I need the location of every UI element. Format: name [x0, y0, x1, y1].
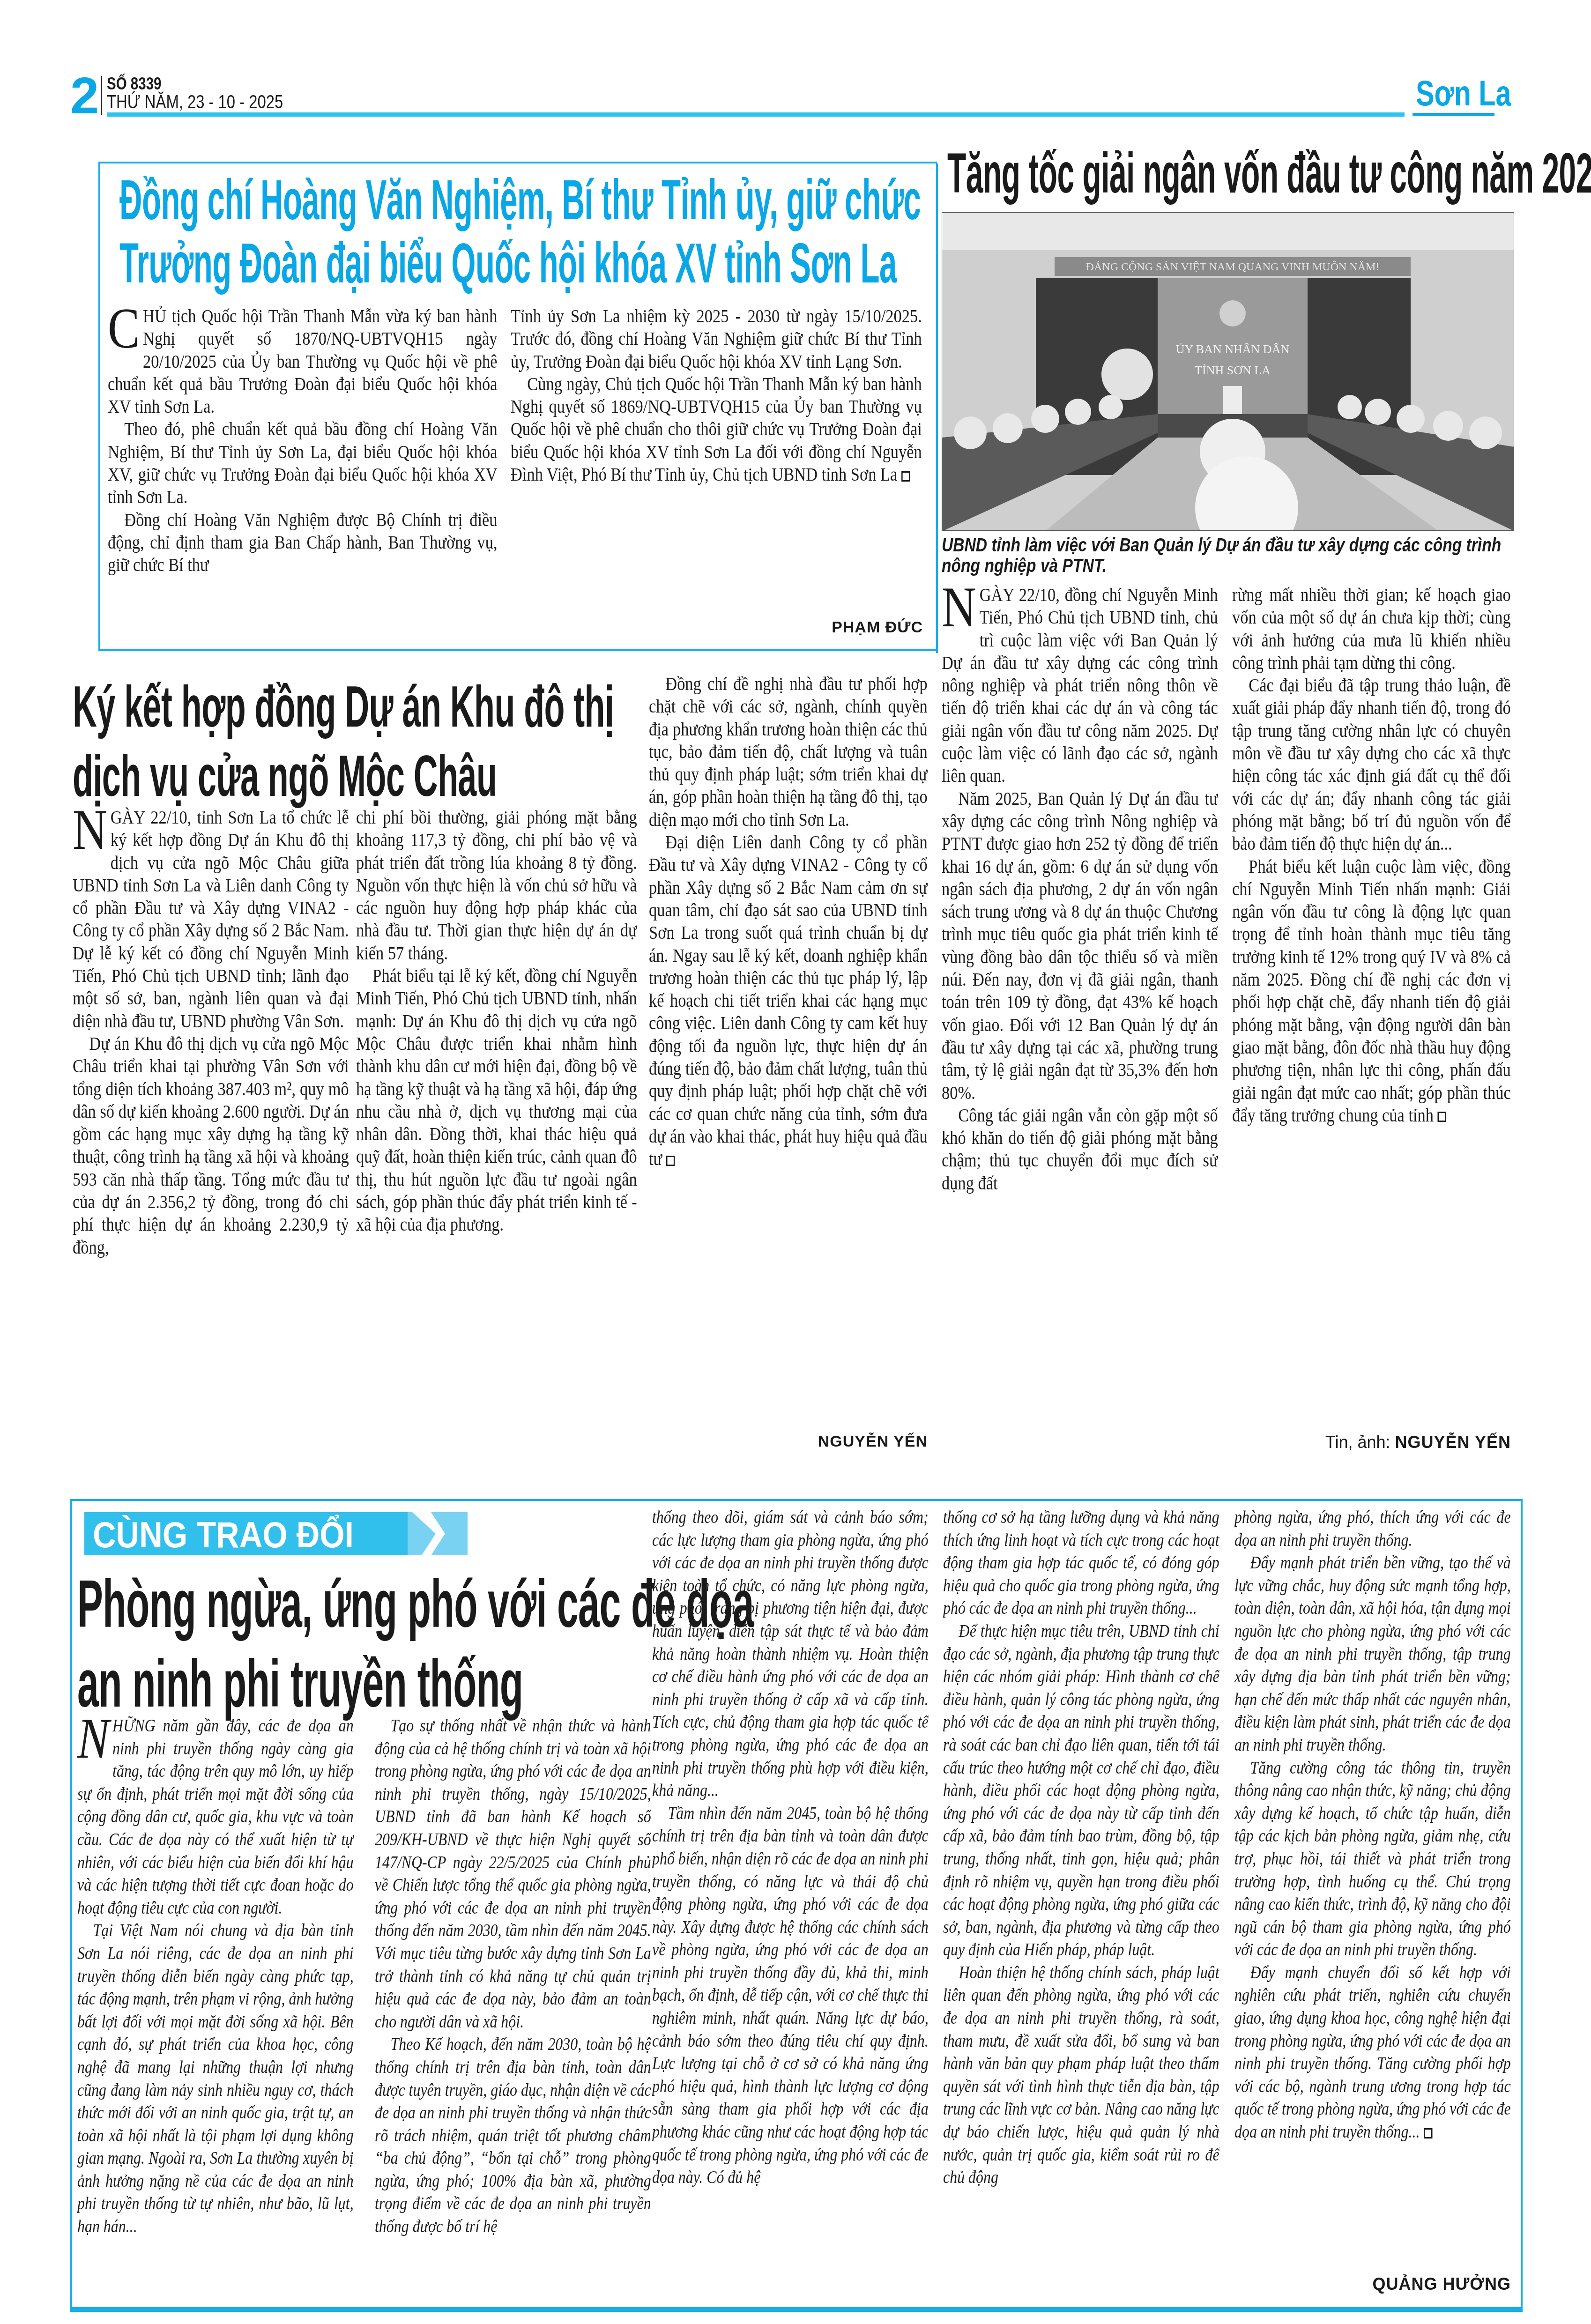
section-underline [1413, 113, 1494, 116]
paragraph: thống theo dõi, giám sát và cảnh báo sớm… [652, 1506, 929, 1802]
paragraph: Dự án Khu đô thị dịch vụ cửa ngõ Mộc Châ… [73, 1032, 349, 1258]
paragraph: Tỉnh ủy Sơn La nhiệm kỳ 2025 - 2030 từ n… [511, 304, 922, 372]
headline-line: dịch vụ cửa ngõ Mộc Châu [73, 742, 614, 811]
section-tag: CÙNG TRAO ĐỔI [84, 1512, 468, 1555]
article2-column-2: rừng mất nhiều thời gian; kế hoạch giao … [1232, 583, 1511, 1426]
paragraph: Tại Việt Nam nói chung và địa bàn tỉnh S… [77, 1919, 354, 2238]
headline-line: Ký kết hợp đồng Dự án Khu đô thị [73, 672, 614, 742]
chevron-right-icon [408, 1512, 468, 1555]
paragraph: GÀY 22/10, tỉnh Sơn La tổ chức lễ ký kết… [73, 806, 349, 1032]
byline-container: Tin, ảnh: NGUYỄN YẾN [1237, 1433, 1511, 1452]
headline-line: Trưởng Đoàn đại biểu Quốc hội khóa XV tỉ… [119, 232, 921, 295]
byline: QUẢNG HƯỞNG [1312, 2274, 1511, 2294]
article-headline-disbursement[interactable]: Tăng tốc giải ngân vốn đầu tư công năm 2… [947, 143, 1591, 204]
paragraph: Năm 2025, Ban Quản lý Dự án đầu tư xây d… [942, 787, 1218, 1104]
drop-cap: C [108, 306, 140, 351]
paragraph: Phát biểu kết luận cuộc làm việc, đồng c… [1232, 855, 1511, 1126]
drop-cap: N [73, 808, 107, 853]
article4-column-5: phòng ngừa, ứng phó, thích ứng với các đ… [1234, 1506, 1511, 2274]
paragraph: Các đại biểu đã tập trung thảo luận, đề … [1232, 674, 1511, 854]
paragraph: Đồng chí đề nghị nhà đầu tư phối hợp chặ… [649, 672, 928, 831]
paragraph: GÀY 22/10, đồng chí Nguyễn Minh Tiến, Ph… [942, 584, 1218, 786]
paragraph: Tầm nhìn đến năm 2045, toàn bộ hệ thống … [652, 1802, 929, 2189]
paragraph: Đại diện Liên danh Công ty cổ phần Đầu t… [649, 831, 928, 1169]
article-headline-appointment[interactable]: Đồng chí Hoàng Văn Nghiệm, Bí thư Tỉnh ủ… [119, 169, 921, 295]
end-mark-icon [666, 1156, 675, 1166]
paragraph: Công tác giải ngân vẫn còn gặp một số kh… [942, 1104, 1218, 1194]
byline: NGUYỄN YẾN [1395, 1433, 1511, 1452]
paragraph: Hoàn thiện hệ thống chính sách, pháp luậ… [943, 1961, 1219, 2189]
paragraph: thống cơ sở hạ tầng lưỡng dụng và khả nă… [943, 1506, 1219, 1620]
article1-column-2: Tỉnh ủy Sơn La nhiệm kỳ 2025 - 2030 từ n… [511, 304, 923, 623]
end-mark-icon [1424, 2128, 1432, 2138]
meeting-room-image: ĐẢNG CỘNG SẢN VIỆT NAM QUANG VINH MUÔN N… [942, 213, 1514, 531]
paragraph: HỮNG năm gần đây, các đe dọa an ninh phi… [77, 1716, 354, 1918]
issue-number: SỐ 8339 [107, 75, 162, 93]
drop-cap: N [77, 1716, 109, 1761]
paragraph: Tạo sự thống nhất về nhận thức và hành đ… [375, 1715, 651, 2033]
header-rule [107, 112, 1405, 117]
byline: PHẠM ĐỨC [656, 618, 923, 637]
paragraph: rừng mất nhiều thời gian; kế hoạch giao … [1232, 583, 1511, 674]
paragraph: Cùng ngày, Chủ tịch Quốc hội Trần Thanh … [511, 373, 922, 485]
article4-column-3: thống theo dõi, giám sát và cảnh báo sớm… [652, 1506, 929, 2298]
article-headline-contract[interactable]: Ký kết hợp đồng Dự án Khu đô thị dịch vụ… [73, 672, 614, 811]
section-title: Sơn La [1416, 75, 1511, 112]
byline: NGUYỄN YẾN [703, 1433, 928, 1451]
section-tag-label: CÙNG TRAO ĐỔI [93, 1516, 354, 1553]
svg-text:TỈNH SƠN LA: TỈNH SƠN LA [1195, 364, 1271, 377]
byline-prefix: Tin, ảnh: [1325, 1433, 1390, 1452]
article2-column-1: NGÀY 22/10, đồng chí Nguyễn Minh Tiến, P… [942, 583, 1218, 1450]
article4-column-1: NHỮNG năm gần đây, các đe dọa an ninh ph… [77, 1715, 354, 2295]
article3-column-1: NGÀY 22/10, tỉnh Sơn La tổ chức lễ ký kế… [73, 806, 349, 1462]
article1-column-1: CHỦ tịch Quốc hội Trần Thanh Mẫn vừa ký … [108, 304, 498, 642]
header-divider [101, 76, 102, 115]
paragraph: Để thực hiện mục tiêu trên, UBND tỉnh ch… [943, 1620, 1219, 1961]
svg-text:ỦY BAN NHÂN DÂN: ỦY BAN NHÂN DÂN [1176, 342, 1290, 356]
paragraph: Đồng chí Hoàng Văn Nghiệm được Bộ Chính … [108, 508, 498, 576]
end-mark-icon [1437, 1112, 1446, 1122]
headline-line: Đồng chí Hoàng Văn Nghiệm, Bí thư Tỉnh ủ… [119, 169, 921, 232]
drop-cap: N [942, 585, 976, 630]
paragraph: Đẩy mạnh chuyển đổi số kết hợp với nghiê… [1234, 1963, 1511, 2142]
issue-date: THỨ NĂM, 23 - 10 - 2025 [107, 92, 283, 112]
end-mark-icon [901, 471, 910, 482]
paragraph: Phát biểu tại lễ ký kết, đồng chí Nguyễn… [356, 964, 637, 1236]
article4-column-4: thống cơ sở hạ tầng lưỡng dụng và khả nă… [943, 1506, 1219, 2298]
paragraph: Tăng cường công tác thông tin, truyền th… [1234, 1757, 1511, 1961]
paragraph: chi phí bồi thường, giải phóng mặt bằng … [356, 806, 637, 964]
article3-column-2: chi phí bồi thường, giải phóng mặt bằng … [356, 806, 637, 1462]
svg-text:ĐẢNG CỘNG SẢN VIỆT NAM QUANG V: ĐẢNG CỘNG SẢN VIỆT NAM QUANG VINH MUÔN N… [1086, 260, 1380, 273]
article4-column-2: Tạo sự thống nhất về nhận thức và hành đ… [375, 1715, 651, 2295]
paragraph: phòng ngừa, ứng phó, thích ứng với các đ… [1234, 1506, 1511, 1552]
paragraph: Đẩy mạnh phát triển bền vững, tạo thế và… [1234, 1552, 1511, 1756]
meeting-photo: ĐẢNG CỘNG SẢN VIỆT NAM QUANG VINH MUÔN N… [942, 212, 1514, 531]
paragraph: Theo Kế hoạch, đến năm 2030, toàn bộ hệ … [375, 2033, 651, 2238]
photo-caption: UBND tỉnh làm việc với Ban Quản lý Dự án… [942, 535, 1518, 576]
paragraph: Theo đó, phê chuẩn kết quả bầu đồng chí … [108, 417, 498, 508]
paragraph: HỦ tịch Quốc hội Trần Thanh Mẫn vừa ký b… [108, 305, 498, 417]
article3-column-3: Đồng chí đề nghị nhà đầu tư phối hợp chặ… [649, 672, 928, 1426]
page-number: 2 [70, 75, 99, 117]
